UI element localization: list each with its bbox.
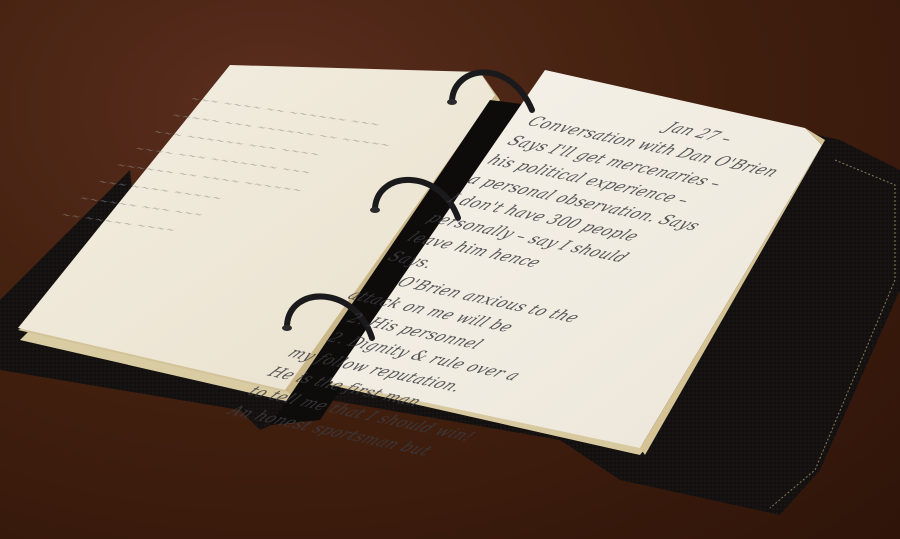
photo-scene: ~~~ ~~~~ ~~ ~~~~~~ ~~~ ~~~~~ ~~~ ~~~~~~ … — [0, 0, 900, 539]
